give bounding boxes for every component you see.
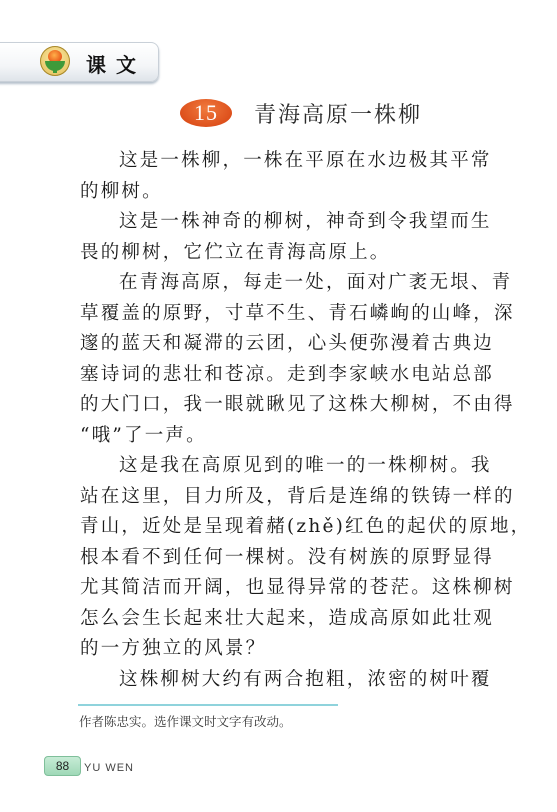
- footnote: 作者陈忠实。选作课文时文字有改动。: [79, 712, 292, 730]
- book-label: YU WEN: [84, 762, 134, 774]
- text-line: 的柳树。: [80, 177, 500, 208]
- text-line: 这是我在高原见到的唯一的一株柳树。我: [80, 451, 500, 482]
- paragraph: 这是我在高原见到的唯一的一株柳树。我 站在这里，目力所及，背后是连绵的铁铸一样的…: [80, 451, 500, 665]
- lesson-number-badge: 15: [180, 99, 232, 127]
- text-line: 在青海高原，每走一处，面对广袤无垠、青: [80, 268, 500, 299]
- section-label: 课文: [86, 49, 146, 78]
- paragraph: 这是一株柳，一株在平原在水边极其平常 的柳树。: [80, 146, 500, 207]
- paragraph: 这株柳树大约有两合抱粗，浓密的树叶覆: [80, 665, 500, 696]
- sun-sprout-logo-icon: [40, 46, 70, 76]
- text-line: 草覆盖的原野，寸草不生、青石嶙峋的山峰，深: [80, 299, 500, 330]
- text-line: 青山，近处是呈现着赭(zhě)红色的起伏的原地，: [80, 512, 500, 543]
- text-line: 怎么会生长起来壮大起来，造成高原如此壮观: [80, 604, 500, 635]
- text-line: 这是一株神奇的柳树，神奇到令我望而生: [80, 207, 500, 238]
- text-line: 邃的蓝天和凝滞的云团，心头便弥漫着古典边: [80, 329, 500, 360]
- lesson-heading: 15 青海高原一株柳: [180, 96, 422, 130]
- text-line: 站在这里，目力所及，背后是连绵的铁铸一样的: [80, 482, 500, 513]
- text-line: 这是一株柳，一株在平原在水边极其平常: [80, 146, 500, 177]
- lesson-body: 这是一株柳，一株在平原在水边极其平常 的柳树。 这是一株神奇的柳树，神奇到令我望…: [80, 146, 500, 695]
- text-line: 塞诗词的悲壮和苍凉。走到李家峡水电站总部: [80, 360, 500, 391]
- page-number-badge: 88: [44, 756, 81, 776]
- text-line: 畏的柳树，它伫立在青海高原上。: [80, 238, 500, 269]
- section-tab: 课文: [0, 42, 159, 82]
- paragraph: 这是一株神奇的柳树，神奇到令我望而生 畏的柳树，它伫立在青海高原上。: [80, 207, 500, 268]
- text-line: 的大门口，我一眼就瞅见了这株大柳树，不由得: [80, 390, 500, 421]
- text-line: 的一方独立的风景？: [80, 634, 500, 665]
- text-line: 尤其简洁而开阔，也显得异常的苍茫。这株柳树: [80, 573, 500, 604]
- text-line: “哦”了一声。: [80, 421, 500, 452]
- text-line: 根本看不到任何一棵树。没有树族的原野显得: [80, 543, 500, 574]
- footnote-divider: [78, 704, 338, 706]
- text-line: 这株柳树大约有两合抱粗，浓密的树叶覆: [80, 665, 500, 696]
- lesson-title: 青海高原一株柳: [254, 98, 422, 129]
- paragraph: 在青海高原，每走一处，面对广袤无垠、青 草覆盖的原野，寸草不生、青石嶙峋的山峰，…: [80, 268, 500, 451]
